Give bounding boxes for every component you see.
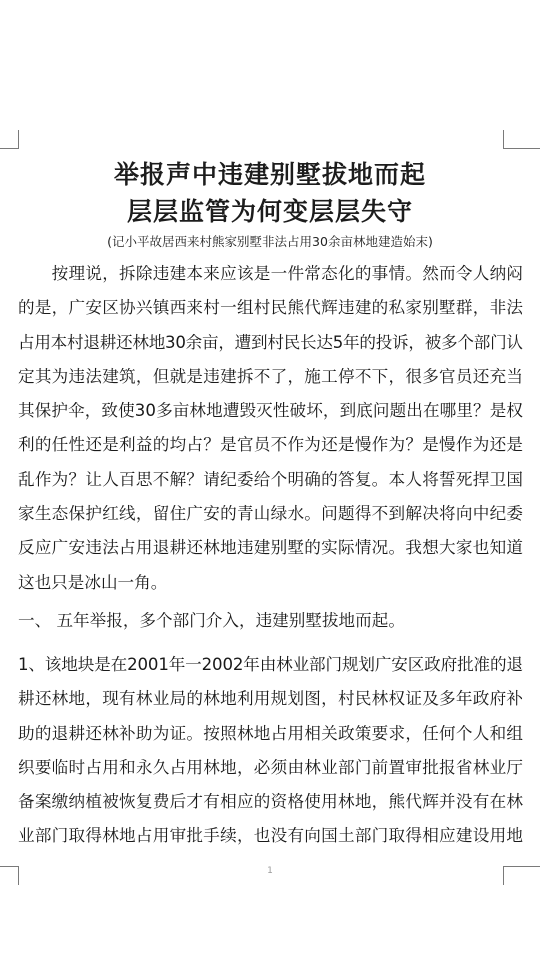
text-line: 织要临时占用和永久占用林地，必须由林业部门前置审批报省林业厅 [18,751,523,785]
document-title-line-2: 层层监管为何变层层失守 [0,192,540,228]
text-line: 这也只是冰山一角。 [18,566,523,600]
text-line: 乱作为？让人百思不解？请纪委给个明确的答复。本人将誓死捍卫国 [18,463,523,497]
section-heading-1: 一、 五年举报，多个部门介入，违建别墅拔地而起。 [18,604,405,638]
text-line: 其保护伞，致使30多亩林地遭毁灭性破坏，到底问题出在哪里？是权 [18,394,523,428]
text-line: 按理说，拆除违建本来应该是一件常态化的事情。然而令人纳闷 [18,257,523,291]
crop-mark-bottom-right [503,866,540,885]
text-line: 的是，广安区协兴镇西来村一组村民熊代辉违建的私家别墅群，非法 [18,291,523,325]
crop-mark-top-right [503,130,540,149]
page-number: 1 [264,866,276,876]
text-line: 助的退耕还林补助为证。按照林地占用相关政策要求，任何个人和组 [18,717,523,751]
text-line: 利的任性还是利益的均占？是官员不作为还是慢作为？是慢作为还是 [18,428,523,462]
text-line: 家生态保护红线，留住广安的青山绿水。问题得不到解决将向中纪委 [18,497,523,531]
document-title-line-1: 举报声中违建别墅拔地而起 [0,155,540,191]
text-line: 占用本村退耕还林地30余亩，遭到村民长达5年的投诉，被多个部门认 [18,326,523,360]
document-subtitle: (记小平故居西来村熊家别墅非法占用30余亩林地建造始末) [0,232,540,250]
text-line: 反应广安违法占用退耕还林地违建别墅的实际情况。我想大家也知道 [18,531,523,565]
crop-mark-top-left [0,130,19,149]
text-line: 备案缴纳植被恢复费后才有相应的资格使用林地，熊代辉并没有在林 [18,785,523,819]
paragraph-intro: 按理说，拆除违建本来应该是一件常态化的事情。然而令人纳闷 的是，广安区协兴镇西来… [18,257,523,600]
paragraph-section1-item1: 1、该地块是在2001年一2002年由林业部门规划广安区政府批准的退 耕还林地，… [18,648,523,854]
text-line: 业部门取得林地占用审批手续，也没有向国土部门取得相应建设用地 [18,819,523,853]
text-line: 1、该地块是在2001年一2002年由林业部门规划广安区政府批准的退 [18,648,523,682]
text-line: 定其为违法建筑，但就是违建拆不了，施工停不下，很多官员还充当 [18,360,523,394]
text-line: 耕还林地，现有林业局的林地利用规划图，村民林权证及多年政府补 [18,682,523,716]
crop-mark-bottom-left [0,866,19,885]
